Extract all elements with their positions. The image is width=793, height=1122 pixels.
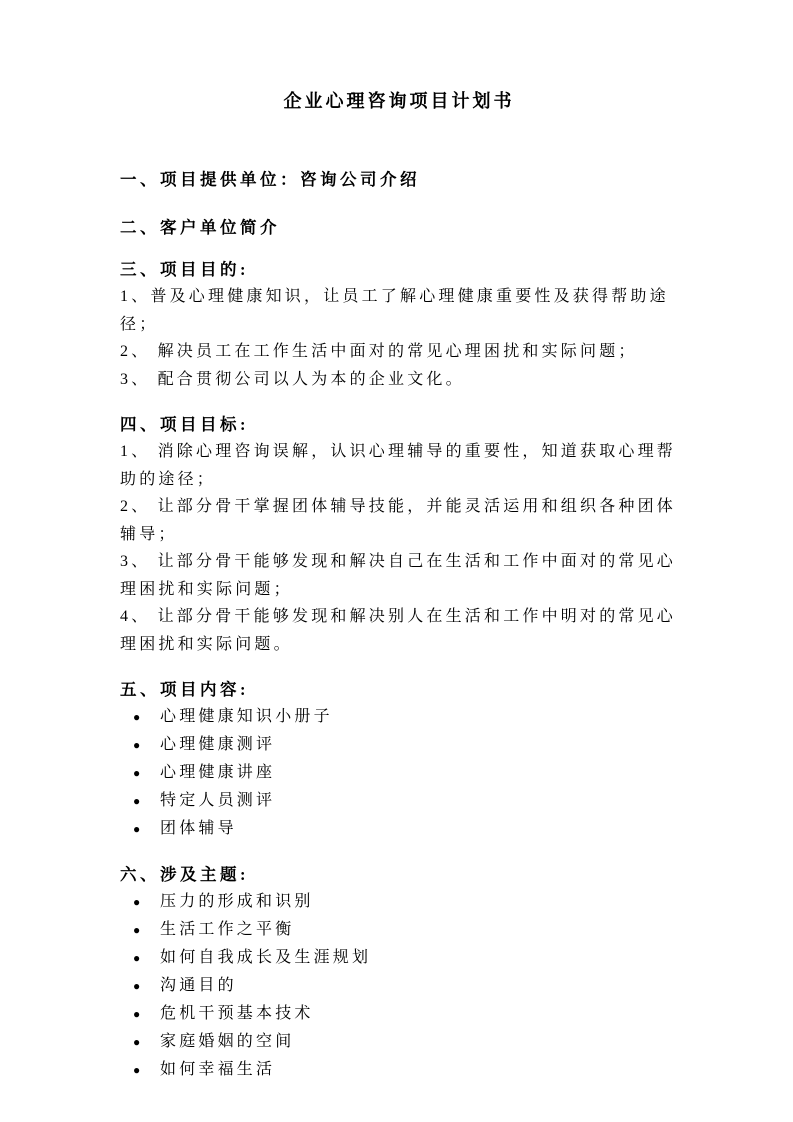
list-item: ● 心理健康讲座 [120, 759, 678, 787]
list-item-label: 家庭婚姻的空间 [160, 1028, 294, 1055]
topics-list: ● 压力的形成和识别 ● 生活工作之平衡 ● 如何自我成长及生涯规划 ● 沟通目… [120, 888, 678, 1084]
document-content: 企业心理咨询项目计划书 一、项目提供单位：咨询公司介绍 二、客户单位简介 三、项… [0, 0, 793, 1084]
bullet-icon: ● [120, 816, 160, 843]
section-heading-project-purpose: 三、项目目的: [120, 256, 678, 283]
list-item: ● 如何自我成长及生涯规划 [120, 944, 678, 972]
list-item-label: 沟通目的 [160, 972, 237, 999]
project-content-list: ● 心理健康知识小册子 ● 心理健康测评 ● 心理健康讲座 ● 特定人员测评 ●… [120, 703, 678, 843]
bullet-icon: ● [120, 760, 160, 787]
list-item: ● 危机干预基本技术 [120, 1000, 678, 1028]
document-page: 企业心理咨询项目计划书 一、项目提供单位：咨询公司介绍 二、客户单位简介 三、项… [0, 0, 793, 1122]
list-item: ● 团体辅导 [120, 815, 678, 843]
section-heading-topics: 六、涉及主题: [120, 861, 678, 888]
section-heading-client-intro: 二、客户单位简介 [120, 214, 678, 241]
section-heading-provider-unit: 一、项目提供单位：咨询公司介绍 [120, 166, 678, 193]
list-item-label: 生活工作之平衡 [160, 916, 294, 943]
bullet-icon: ● [120, 732, 160, 759]
purpose-item: 3、 配合贯彻公司以人为本的企业文化。 [120, 366, 678, 394]
purpose-item: 2、 解决员工在工作生活中面对的常见心理困扰和实际问题； [120, 338, 678, 366]
bullet-icon: ● [120, 704, 160, 731]
bullet-icon: ● [120, 1029, 160, 1056]
list-item-label: 压力的形成和识别 [160, 888, 314, 915]
bullet-icon: ● [120, 1001, 160, 1028]
list-item: ● 心理健康知识小册子 [120, 703, 678, 731]
bullet-icon: ● [120, 917, 160, 944]
document-title: 企业心理咨询项目计划书 [120, 88, 678, 114]
goal-item: 3、 让部分骨干能够发现和解决自己在生活和工作中面对的常见心理困扰和实际问题； [120, 548, 678, 603]
list-item-label: 如何幸福生活 [160, 1056, 275, 1083]
list-item-label: 心理健康讲座 [160, 759, 275, 786]
bullet-icon: ● [120, 1057, 160, 1084]
section-heading-project-content: 五、项目内容: [120, 676, 678, 703]
list-item-label: 如何自我成长及生涯规划 [160, 944, 371, 971]
bullet-icon: ● [120, 973, 160, 1000]
section-heading-project-goals: 四、项目目标: [120, 411, 678, 438]
goal-item: 4、 让部分骨干能够发现和解决别人在生活和工作中明对的常见心理困扰和实际问题。 [120, 603, 678, 658]
list-item-label: 危机干预基本技术 [160, 1000, 314, 1027]
list-item: ● 生活工作之平衡 [120, 916, 678, 944]
goal-item: 2、 让部分骨干掌握团体辅导技能，并能灵活运用和组织各种团体辅导； [120, 493, 678, 548]
list-item: ● 特定人员测评 [120, 787, 678, 815]
list-item: ● 压力的形成和识别 [120, 888, 678, 916]
bullet-icon: ● [120, 945, 160, 972]
bullet-icon: ● [120, 788, 160, 815]
list-item-label: 心理健康知识小册子 [160, 703, 333, 730]
list-item: ● 家庭婚姻的空间 [120, 1028, 678, 1056]
list-item-label: 心理健康测评 [160, 731, 275, 758]
list-item: ● 沟通目的 [120, 972, 678, 1000]
list-item: ● 心理健康测评 [120, 731, 678, 759]
purpose-item: 1、普及心理健康知识，让员工了解心理健康重要性及获得帮助途径； [120, 283, 678, 338]
bullet-icon: ● [120, 889, 160, 916]
list-item-label: 团体辅导 [160, 815, 237, 842]
list-item: ● 如何幸福生活 [120, 1056, 678, 1084]
goal-item: 1、 消除心理咨询误解，认识心理辅导的重要性，知道获取心理帮助的途径； [120, 438, 678, 493]
list-item-label: 特定人员测评 [160, 787, 275, 814]
